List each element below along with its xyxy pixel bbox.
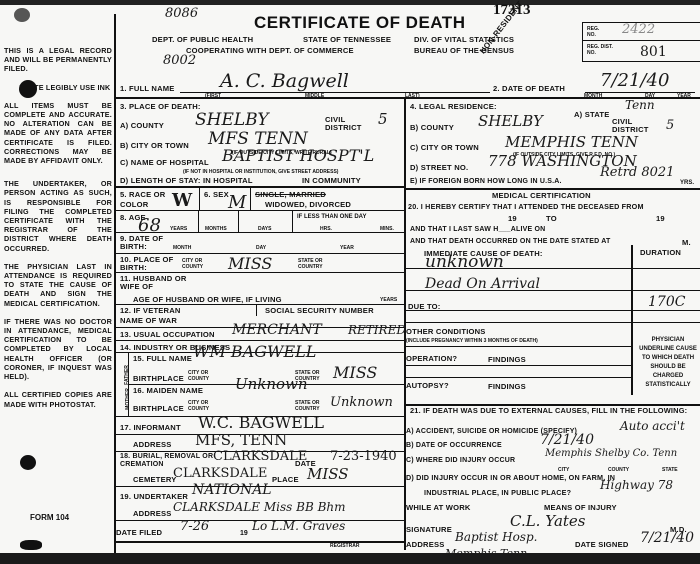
occurrence-date-value: 7/21/40 — [540, 432, 594, 448]
scan-edge — [0, 553, 700, 564]
rule — [114, 186, 406, 188]
form-number: FORM 104 — [30, 513, 69, 522]
note-complete: All items must be complete and accurate.… — [4, 101, 112, 165]
city-label: B) City or Town — [120, 141, 189, 150]
date-filed-label: Date Filed — [116, 528, 162, 537]
rule — [114, 340, 406, 341]
physician-note: Physician underline cause to which death… — [637, 336, 699, 390]
rule — [114, 541, 406, 543]
accident-value: Auto acci't — [620, 419, 685, 433]
rule — [404, 310, 700, 311]
sub-label: Year — [340, 245, 354, 251]
sub-label: 19 — [656, 214, 665, 223]
sub-label: City or County — [188, 370, 214, 382]
street-label: D) Street No. — [410, 163, 468, 172]
veteran-label: 12. If Veteran Name of War — [120, 306, 200, 326]
father-birthplace-value: MISS — [333, 363, 377, 382]
rule — [114, 232, 406, 233]
rule — [250, 186, 251, 210]
mother-label: Mother — [125, 388, 131, 410]
physician-address-value: Baptist Hosp. — [455, 530, 537, 544]
operation-label: Operation? — [406, 354, 457, 363]
rule — [114, 210, 406, 211]
undertaker-value: NATIONAL — [192, 482, 272, 498]
handwritten-number: 8086 — [165, 6, 198, 21]
autopsy-label: Autopsy? — [406, 381, 449, 390]
spouse-age-label: Age of Husband or Wife, if Living — [133, 295, 282, 304]
sub-label: (First — [205, 93, 221, 99]
hospital-value: BAPTIST HOSPT'L — [222, 146, 374, 165]
note-undertaker: The undertaker, or person acting as such… — [4, 179, 112, 253]
rule — [180, 92, 490, 93]
mother-birthplace-value: Unknown — [330, 395, 393, 410]
county-label: A) County — [120, 121, 164, 130]
mother-name-value: Unknown — [235, 375, 308, 393]
rule — [404, 290, 700, 291]
last-saw-label: And that I last saw h___alive on — [410, 226, 545, 233]
date-stated-label: And that death occurred on the date stat… — [410, 238, 610, 245]
undertaker-address-label: Address — [133, 509, 172, 518]
date-of-death-label: 2. Date of Death — [493, 84, 565, 93]
res-city-label: C) City or Town — [410, 143, 479, 152]
birthplace-value: MISS — [228, 254, 272, 273]
sub-label: Yrs. — [680, 180, 694, 186]
cemetery-value: CLARKSDALE — [173, 466, 267, 481]
rule — [114, 272, 406, 273]
sub-label: 19 — [508, 214, 517, 223]
date-of-death-value: 7/21/40 — [600, 70, 669, 91]
note-no-doctor: If there was no doctor in attendance, me… — [4, 317, 112, 381]
rule — [582, 40, 700, 41]
stay-label: D) Length of Stay: In Hospital — [120, 176, 253, 185]
birthplace-label: 10. Place of Birth: — [120, 256, 175, 272]
community-label: In Community — [302, 176, 361, 185]
race-value: W — [172, 190, 192, 211]
informant-address-value: MFS, TENN — [195, 431, 287, 449]
state-label: State of Tennessee — [303, 35, 391, 44]
external-heading: 21. If death was due to external causes,… — [410, 407, 695, 415]
rule — [256, 304, 257, 316]
registrar-signature: Lo L.M. Graves — [252, 519, 345, 533]
res-county-label: B) County — [410, 123, 454, 132]
hospital-note: (If not in hospital or institution, give… — [183, 169, 338, 175]
occupation-note: RETIRED — [348, 323, 406, 337]
informant-address-label: Address — [133, 440, 172, 449]
registrar-label: Registrar — [330, 543, 359, 549]
page-title: CERTIFICATE OF DEATH — [254, 13, 465, 33]
line20-label: 20. I hereby certify that I attended the… — [408, 202, 644, 211]
duration-value: 170C — [648, 294, 685, 310]
father-birthplace-label: Birthplace — [133, 374, 184, 383]
handwritten-number: 8002 — [163, 53, 196, 68]
rule — [292, 210, 293, 232]
ink-mark — [14, 8, 30, 22]
rule — [404, 377, 632, 378]
sub-label: To — [546, 214, 557, 223]
scan-edge — [0, 0, 700, 5]
res-state-label: A) State — [574, 110, 610, 119]
sub-label: Middle — [305, 93, 324, 99]
res-county-value: SHELBY — [478, 112, 543, 130]
sub-label: State or Country — [298, 258, 326, 270]
bureau-label: Bureau of the Census — [414, 46, 514, 55]
occupation-label: 13. Usual Occupation — [120, 330, 215, 339]
ink-mark — [20, 540, 42, 550]
date-signed-label: Date Signed — [575, 540, 629, 549]
informant-value: W.C. BAGWELL — [198, 413, 324, 432]
civil-district-label: Civil District — [325, 116, 375, 132]
cemetery-label: Cemetery — [133, 475, 177, 484]
marital-status: Widowed, Divorced — [265, 200, 351, 209]
ink-blot — [19, 80, 37, 98]
hospital-label: C) Name of Hospital — [120, 158, 209, 167]
injury-location-label: C) Where did injury occur — [406, 457, 515, 464]
county-value: SHELBY — [195, 110, 269, 130]
injury-place-label: D) Did injury occur in or about home, on… — [406, 473, 615, 482]
sub-label: State or Country — [295, 400, 323, 412]
rule — [404, 322, 700, 323]
findings-label: Findings — [488, 355, 526, 364]
injury-place-value: Highway 78 — [600, 478, 673, 492]
place-label: Place — [272, 475, 299, 484]
reg-dist-value: 801 — [640, 44, 667, 60]
cooperating-label: Cooperating with Dept. of Commerce — [186, 46, 354, 55]
death-certificate: This is a legal record and will be perma… — [0, 0, 700, 564]
res-city-value: MEMPHIS TENN — [505, 133, 638, 151]
father-name-value: WM BAGWELL — [193, 342, 316, 361]
year-prefix: 19 — [240, 530, 248, 537]
full-name-label: 1. Full Name — [120, 84, 175, 93]
rule — [114, 304, 406, 305]
rule — [238, 210, 239, 232]
reg-dist-label: REG. DIST. NO. — [587, 44, 617, 56]
place-value: MISS — [307, 465, 349, 483]
father-label: Father — [124, 365, 130, 385]
rule — [404, 365, 632, 366]
means-label: Means of injury — [544, 503, 617, 512]
informant-label: 17. Informant — [120, 423, 181, 432]
sub-label: Month — [584, 93, 602, 99]
medical-heading: Medical Certification — [492, 191, 591, 200]
undertaker-address-value: CLARKSDALE Miss BB Bhm — [173, 500, 346, 514]
full-name-value: A. C. Bagwell — [220, 70, 349, 92]
rule — [404, 346, 632, 347]
burial-date-value: 7-23-1940 — [330, 449, 397, 464]
signature-label: Signature — [406, 525, 452, 534]
race-label: 5. Race or Color — [120, 190, 175, 210]
mother-birthplace-label: Birthplace — [133, 404, 184, 413]
sub-label: Year — [677, 93, 691, 99]
rule — [404, 268, 700, 269]
reg-no-value: 2422 — [622, 22, 655, 37]
reg-no-label: REG. NO. — [587, 26, 609, 38]
note-photostat: All certified copies are made with photo… — [4, 390, 112, 408]
injury-location-value: Memphis Shelby Co. Tenn — [545, 448, 677, 459]
rule — [199, 186, 200, 210]
res-state-value: Tenn — [625, 98, 655, 112]
date-signed-value: 7/21/40 — [640, 530, 694, 546]
sub-label: City or County — [188, 400, 214, 412]
physician-address-label: Address — [406, 540, 445, 549]
res-civil-district-value: 5 — [666, 118, 674, 133]
burial-value: CLARKSDALE — [213, 449, 307, 464]
sub-label: Day — [256, 245, 266, 251]
sex-label: 6. Sex — [204, 190, 229, 199]
note-physician: The physician last in attendance is requ… — [4, 262, 112, 308]
at-work-label: While at work — [406, 503, 471, 512]
sub-label: Month — [173, 245, 191, 251]
injury-place-label-2: industrial place, in public place? — [424, 488, 571, 497]
note-legal: This is a legal record and will be perma… — [4, 46, 112, 74]
cause-value: unknown — [425, 252, 504, 272]
date-filed-value: 7-26 — [180, 519, 209, 534]
other-conditions-label: Other Conditions — [406, 327, 486, 336]
other-note: (Include pregnancy within 3 months of de… — [406, 338, 538, 344]
legal-residence-label: 4. Legal Residence: — [410, 102, 497, 111]
place-of-death-label: 3. Place of Death: — [120, 102, 201, 111]
civil-district-value: 5 — [378, 110, 388, 128]
rule — [404, 188, 700, 190]
sub-label: Last) — [405, 93, 420, 99]
marital-line1: Single, Married — [255, 190, 326, 199]
rule — [198, 210, 199, 232]
ssn-label: Social Security Number — [265, 306, 374, 315]
findings-label: Findings — [488, 382, 526, 391]
ink-blot — [20, 455, 36, 470]
foreign-born-value: Retrd 8021 — [600, 165, 674, 180]
sub-label: Years — [380, 297, 397, 303]
foreign-born-label: E) If Foreign Born How Long in U.S.A. — [410, 178, 562, 185]
mother-name-label: 16. Maiden Name — [133, 387, 223, 395]
frame-left — [114, 14, 116, 554]
occupation-value: MERCHANT — [232, 322, 322, 338]
occurrence-date-label: B) Date of Occurrence — [406, 442, 502, 449]
sub-label: State — [662, 467, 678, 473]
less-day-label: If less than one day — [297, 214, 366, 220]
dob-label: 9. Date of Birth: — [120, 235, 170, 251]
sub-label: City or County — [182, 258, 208, 270]
spouse-label: 11. Husband or Wife of — [120, 275, 190, 291]
dept-label: Dept. of Public Health — [152, 35, 253, 44]
physician-signature: C.L. Yates — [510, 512, 586, 530]
duration-label: Duration — [640, 248, 681, 257]
sub-label: M. — [682, 238, 691, 247]
res-civil-district-label: Civil District — [612, 118, 662, 134]
